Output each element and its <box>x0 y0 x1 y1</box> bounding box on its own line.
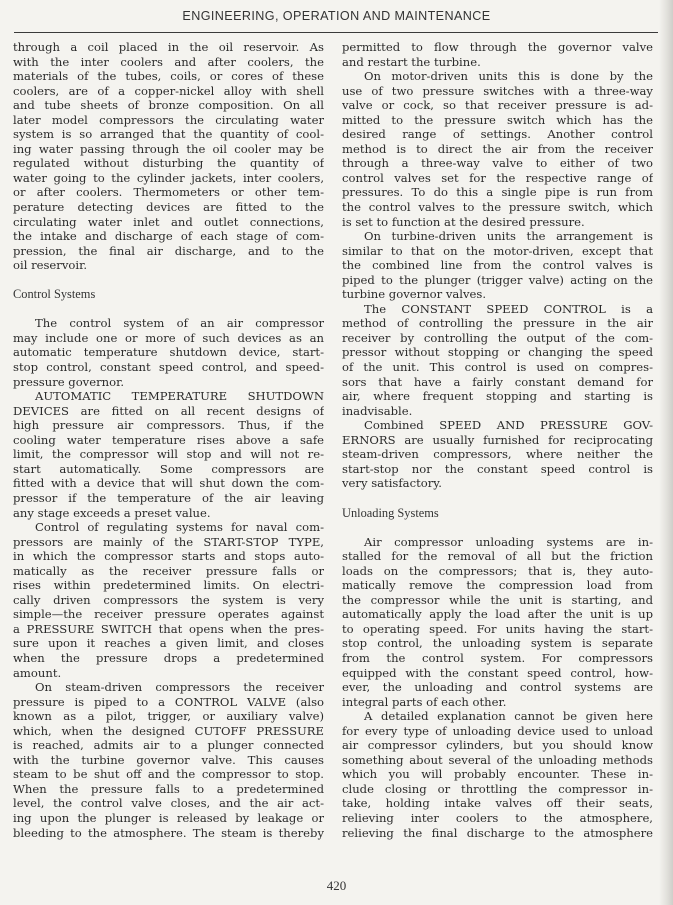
text-line: method of controlling the pressure in th… <box>342 316 653 331</box>
text-line: rises within predetermined limits. On el… <box>13 578 324 593</box>
text-line: stop control, constant speed control, an… <box>13 360 324 375</box>
text-line: high pressure air compressors. Thus, if … <box>13 418 324 433</box>
text-line: through a coil placed in the oil reservo… <box>13 40 324 55</box>
text-line: the intake and discharge of each stage o… <box>13 229 324 244</box>
text-line: clude closing or throttling the compress… <box>342 782 653 797</box>
text-line: control valves set for the respective ra… <box>342 171 653 186</box>
text-line: materials of the tubes, coils, or cores … <box>13 69 324 84</box>
text-line: When the pressure falls to a predetermin… <box>13 782 324 797</box>
text-line: which you will probably encounter. These… <box>342 767 653 782</box>
text-line: The control system of an air compressor <box>13 316 324 331</box>
text-line: inadvisable. <box>342 404 653 419</box>
text-line: take, holding intake valves off their se… <box>342 796 653 811</box>
text-line: stop control, the unloading system is se… <box>342 636 653 651</box>
text-line: sure upon it reaches a given limit, and … <box>13 636 324 651</box>
text-line: from the control system. For compressors <box>342 651 653 666</box>
text-line: permitted to flow through the governor v… <box>342 40 653 55</box>
text-line: water going to the cylinder jackets, int… <box>13 171 324 186</box>
text-line: with the turbine governor valve. This ca… <box>13 753 324 768</box>
text-line: equipped with the constant speed control… <box>342 666 653 681</box>
text-line: integral parts of each other. <box>342 695 653 710</box>
text-line: start-stop nor the constant speed contro… <box>342 462 653 477</box>
text-line: or after coolers. Thermometers or other … <box>13 185 324 200</box>
text-line: method is to direct the air from the rec… <box>342 142 653 157</box>
text-line: ever, the unloading and control systems … <box>342 680 653 695</box>
text-line: air, where frequent stopping and startin… <box>342 389 653 404</box>
text-line: The CONSTANT SPEED CONTROL is a <box>342 302 653 317</box>
text-line: is set to function at the desired pressu… <box>342 215 653 230</box>
text-line: steam-driven compressors, where neither … <box>342 447 653 462</box>
text-line: Control of regulating systems for naval … <box>13 520 324 535</box>
text-line: amount. <box>13 666 324 681</box>
text-line: use of two pressure switches with a thre… <box>342 84 653 99</box>
text-line: ing upon the plunger is released by leak… <box>13 811 324 826</box>
text-line: cally driven compressors the system is v… <box>13 593 324 608</box>
text-line: On steam-driven compressors the receiver <box>13 680 324 695</box>
text-line: level, the control valve closes, and the… <box>13 796 324 811</box>
text-line: pressure is piped to a CONTROL VALVE (al… <box>13 695 324 710</box>
section-heading-control-systems: Control Systems <box>13 287 324 302</box>
text-line: circulating water inlet and outlet conne… <box>13 215 324 230</box>
text-line: valve or cock, so that receiver pressure… <box>342 98 653 113</box>
text-line: fitted with a device that will shut down… <box>13 476 324 491</box>
text-line: limit, the compressor will stop and will… <box>13 447 324 462</box>
text-line: which, when the designed CUTOFF PRESSURE <box>13 724 324 739</box>
text-line: automatically apply the load after the u… <box>342 607 653 622</box>
text-line: pressure governor. <box>13 375 324 390</box>
text-line: in which the compressor starts and stops… <box>13 549 324 564</box>
text-line: pression, the final air discharge, and t… <box>13 244 324 259</box>
text-line: loads on the compressors; that is, they … <box>342 564 653 579</box>
text-line: simple—the receiver pressure operates ag… <box>13 607 324 622</box>
page-number: 420 <box>0 878 673 894</box>
text-line: similar to that on the motor-driven, exc… <box>342 244 653 259</box>
text-line: relieving inter coolers to the atmospher… <box>342 811 653 826</box>
text-line: through a three-way valve to either of t… <box>342 156 653 171</box>
running-header: ENGINEERING, OPERATION AND MAINTENANCE <box>0 9 673 23</box>
text-line: with the inter coolers and after coolers… <box>13 55 324 70</box>
text-line: Air compressor unloading systems are in- <box>342 535 653 550</box>
text-line: On motor-driven units this is done by th… <box>342 69 653 84</box>
text-line: a PRESSURE SWITCH that opens when the pr… <box>13 622 324 637</box>
right-column: permitted to flow through the governor v… <box>342 40 653 840</box>
text-line: to operating speed. For units having the… <box>342 622 653 637</box>
text-line: receiver by controlling the output of th… <box>342 331 653 346</box>
text-line: known as a pilot, trigger, or auxiliary … <box>13 709 324 724</box>
text-line: perature detecting devices are fitted to… <box>13 200 324 215</box>
text-line: automatic temperature shutdown device, s… <box>13 345 324 360</box>
text-line: of the unit. This control is used on com… <box>342 360 653 375</box>
text-line: very satisfactory. <box>342 476 653 491</box>
text-line: ing water passing through the oil cooler… <box>13 142 324 157</box>
text-line: bleeding to the atmosphere. The steam is… <box>13 826 324 841</box>
text-line: something about several of the unloading… <box>342 753 653 768</box>
text-line: start automatically. Some compressors ar… <box>13 462 324 477</box>
text-line: sors that have a fairly constant demand … <box>342 375 653 390</box>
text-line: relieving the final discharge to the atm… <box>342 826 653 841</box>
text-line: is reached, admits air to a plunger conn… <box>13 738 324 753</box>
text-line: regulated without disturbing the quantit… <box>13 156 324 171</box>
section-heading-unloading-systems: Unloading Systems <box>342 506 653 521</box>
page-edge-shadow <box>659 0 673 905</box>
text-line: Combined SPEED AND PRESSURE GOV- <box>342 418 653 433</box>
text-line: matically remove the compression load fr… <box>342 578 653 593</box>
text-line: system is so arranged that the quantity … <box>13 127 324 142</box>
text-line: the control valves to the pressure switc… <box>342 200 653 215</box>
text-line: coolers, are of a copper-nickel alloy wi… <box>13 84 324 99</box>
text-line: piped to the plunger (trigger valve) act… <box>342 273 653 288</box>
text-line: turbine governor valves. <box>342 287 653 302</box>
text-line: pressures. To do this a single pipe is r… <box>342 185 653 200</box>
text-line: On turbine-driven units the arrangement … <box>342 229 653 244</box>
text-line: cooling water temperature rises above a … <box>13 433 324 448</box>
text-line: when the pressure drops a predetermined <box>13 651 324 666</box>
text-line: for every type of unloading device used … <box>342 724 653 739</box>
text-line: ERNORS are usually furnished for recipro… <box>342 433 653 448</box>
text-line: steam to be shut off and the compressor … <box>13 767 324 782</box>
text-line: oil reservoir. <box>13 258 324 273</box>
text-line: and restart the turbine. <box>342 55 653 70</box>
text-line: may include one or more of such devices … <box>13 331 324 346</box>
text-line: AUTOMATIC TEMPERATURE SHUTDOWN <box>13 389 324 404</box>
text-line: later model compressors the circulating … <box>13 113 324 128</box>
text-line: and tube sheets of bronze composition. O… <box>13 98 324 113</box>
text-line: desired range of settings. Another contr… <box>342 127 653 142</box>
text-line: the compressor while the unit is startin… <box>342 593 653 608</box>
text-line: A detailed explanation cannot be given h… <box>342 709 653 724</box>
text-line: air compressor cylinders, but you should… <box>342 738 653 753</box>
text-line: stalled for the removal of all but the f… <box>342 549 653 564</box>
text-line: pressors are mainly of the START-STOP TY… <box>13 535 324 550</box>
text-line: the combined line from the control valve… <box>342 258 653 273</box>
text-line: DEVICES are fitted on all recent designs… <box>13 404 324 419</box>
left-column: through a coil placed in the oil reservo… <box>13 40 324 840</box>
text-line: pressor without stopping or changing the… <box>342 345 653 360</box>
text-line: any stage exceeds a preset value. <box>13 506 324 521</box>
header-rule <box>14 32 658 33</box>
text-line: mitted to the pressure switch which has … <box>342 113 653 128</box>
text-line: matically as the receiver pressure falls… <box>13 564 324 579</box>
text-line: pressor if the temperature of the air le… <box>13 491 324 506</box>
